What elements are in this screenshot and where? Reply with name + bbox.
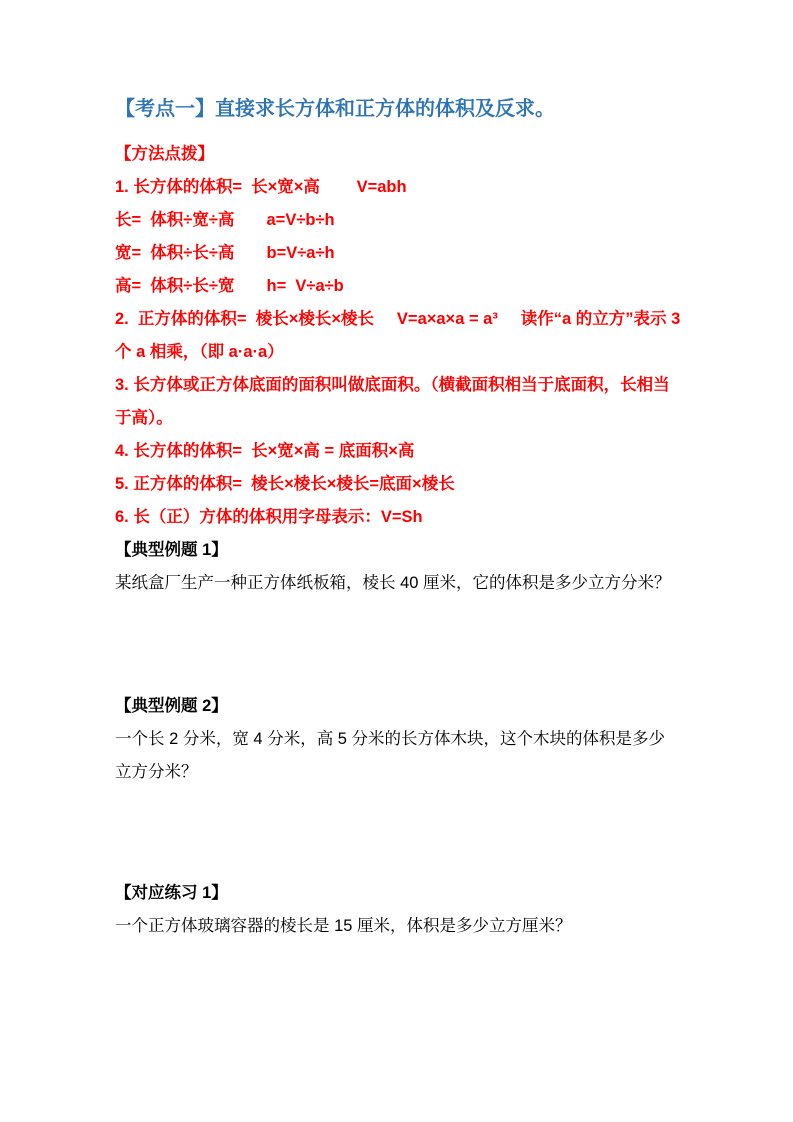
answer-space xyxy=(115,600,681,690)
answer-space xyxy=(115,789,681,877)
method-line-length-formula: 长= 体积÷宽÷高 a=V÷b÷h xyxy=(115,204,681,237)
method-line-letter-formula: 6. 长（正）方体的体积用字母表示：V=Sh xyxy=(115,501,681,534)
page-title: 【考点一】直接求长方体和正方体的体积及反求。 xyxy=(115,88,681,130)
method-line-cube-base-formula: 5. 正方体的体积= 棱长×棱长×棱长=底面×棱长 xyxy=(115,468,681,501)
practice1-header: 【对应练习 1】 xyxy=(115,877,681,910)
method-line-cube-volume: 2. 正方体的体积= 棱长×棱长×棱长 V=a×a×a = a³ 读作“a 的立… xyxy=(115,303,681,369)
method-line-height-formula: 高= 体积÷长÷宽 h= V÷a÷b xyxy=(115,270,681,303)
example2-body: 一个长 2 分米，宽 4 分米，高 5 分米的长方体木块，这个木块的体积是多少立… xyxy=(115,723,681,789)
method-line-volume-formula: 1. 长方体的体积= 长×宽×高 V=abh xyxy=(115,171,681,204)
example1-header: 【典型例题 1】 xyxy=(115,534,681,567)
method-line-cuboid-base-formula: 4. 长方体的体积= 长×宽×高 = 底面积×高 xyxy=(115,435,681,468)
example2-header: 【典型例题 2】 xyxy=(115,690,681,723)
example1-body: 某纸盒厂生产一种正方体纸板箱，棱长 40 厘米，它的体积是多少立方分米？ xyxy=(115,567,681,600)
document-page: 【考点一】直接求长方体和正方体的体积及反求。 【方法点拨】 1. 长方体的体积=… xyxy=(0,0,793,1122)
method-line-base-area: 3. 长方体或正方体底面的面积叫做底面积。（横截面积相当于底面积，长相当于高）。 xyxy=(115,369,681,435)
method-header: 【方法点拨】 xyxy=(115,138,681,171)
practice1-body: 一个正方体玻璃容器的棱长是 15 厘米，体积是多少立方厘米？ xyxy=(115,910,681,943)
method-line-width-formula: 宽= 体积÷长÷高 b=V÷a÷h xyxy=(115,237,681,270)
